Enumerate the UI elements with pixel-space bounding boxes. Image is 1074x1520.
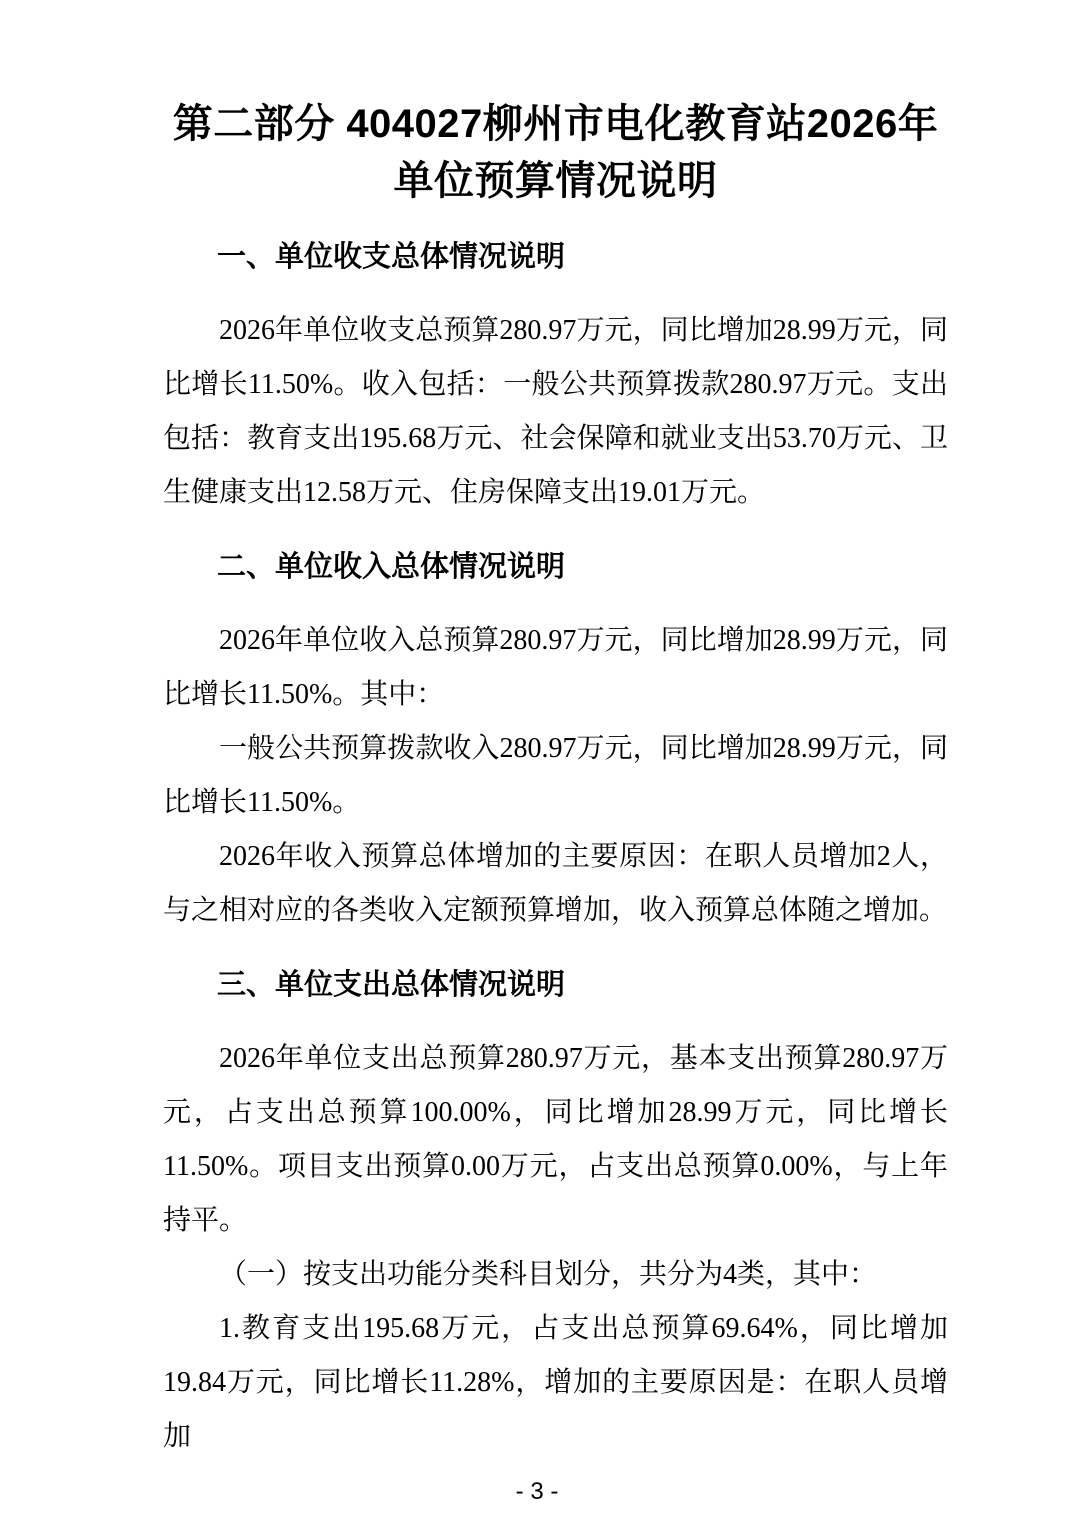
document-title-line-2: 单位预算情况说明 xyxy=(163,153,948,210)
paragraph-expenditure-total: 2026年单位支出总预算280.97万元，基本支出预算280.97万元，占支出总… xyxy=(163,1032,948,1248)
document-page: 第二部分 404027柳州市电化教育站2026年 单位预算情况说明 一、单位收支… xyxy=(0,0,1074,1520)
paragraph-expenditure-function-classification: （一）按支出功能分类科目划分，共分为4类，其中： xyxy=(163,1248,948,1302)
paragraph-overall-budget-summary: 2026年单位收支总预算280.97万元，同比增加28.99万元，同比增长11.… xyxy=(163,304,948,520)
section-heading-overall-revenue-expenditure: 一、单位收支总体情况说明 xyxy=(217,230,948,284)
paragraph-revenue-increase-reason: 2026年收入预算总体增加的主要原因：在职人员增加2人，与之相对应的各类收入定额… xyxy=(163,830,948,938)
page-number: - 3 - xyxy=(0,1478,1074,1506)
paragraph-revenue-general-public-budget: 一般公共预算拨款收入280.97万元，同比增加28.99万元，同比增长11.50… xyxy=(163,722,948,830)
document-title-line-1: 第二部分 404027柳州市电化教育站2026年 xyxy=(163,96,948,153)
paragraph-expenditure-education: 1.教育支出195.68万元，占支出总预算69.64%，同比增加19.84万元，… xyxy=(163,1302,948,1464)
section-heading-expenditure: 三、单位支出总体情况说明 xyxy=(217,958,948,1012)
document-title: 第二部分 404027柳州市电化教育站2026年 单位预算情况说明 xyxy=(163,96,948,210)
paragraph-revenue-total: 2026年单位收入总预算280.97万元，同比增加28.99万元，同比增长11.… xyxy=(163,614,948,722)
section-heading-revenue: 二、单位收入总体情况说明 xyxy=(217,540,948,594)
